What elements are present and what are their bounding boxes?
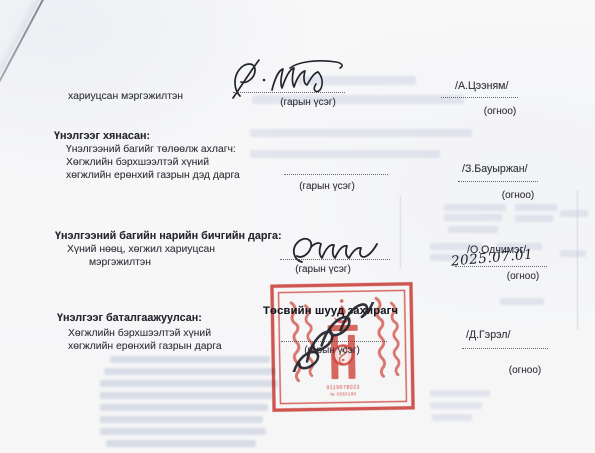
secretary-role-line: мэргэжилтэн xyxy=(89,257,151,268)
approved-heading: Үнэлгээг баталгаажуулсан: xyxy=(57,312,202,324)
scanned-document-page: хариуцсан мэргэжилтэн (гарын үсэг) /А.Цэ… xyxy=(0,0,595,453)
date-caption: (огноо) xyxy=(509,365,542,376)
reviewed-heading: Үнэлгээг хянасан: xyxy=(54,130,150,142)
date-caption: (огноо) xyxy=(507,271,540,282)
bleed-through-text xyxy=(448,226,498,233)
date-caption: (огноо) xyxy=(502,190,535,201)
secretary-signature xyxy=(286,234,386,266)
officer-name: /А.Цээням/ xyxy=(455,80,508,92)
bleed-through-text xyxy=(560,210,588,217)
signature-dotted-line xyxy=(284,174,388,175)
bleed-through-gridline xyxy=(577,190,578,330)
bleed-through-text xyxy=(560,250,586,257)
bleed-through-text xyxy=(430,390,490,397)
approver-signature xyxy=(280,302,390,372)
date-dotted-line xyxy=(441,97,518,98)
signature-dotted-line xyxy=(280,259,390,260)
bleed-through-text xyxy=(106,440,256,447)
bleed-through-text xyxy=(515,204,557,211)
bleed-through-text xyxy=(100,404,268,411)
bleed-through-text xyxy=(104,368,276,375)
stamp-certificate-number: № 0560190 xyxy=(330,391,357,396)
bleed-through-text xyxy=(515,215,553,222)
approved-role-line: хөгжлийн ерөнхий газрын дарга xyxy=(68,341,222,352)
date-caption: (огноо) xyxy=(484,106,517,117)
officer-signature xyxy=(232,56,350,100)
officer-role-label: хариуцсан мэргэжилтэн xyxy=(68,91,183,102)
approved-role-line: Хөгжлийн бэрхшээлтэй хүний xyxy=(68,328,211,339)
bleed-through-text xyxy=(250,129,472,137)
secretary-role-line: Хүний нөөц, хөгжил хариуцсан xyxy=(67,244,215,255)
date-dotted-line xyxy=(458,181,538,182)
bleed-through-text xyxy=(432,414,472,421)
reviewed-role-line: Үнэлгээний багийг төлөөлж ахлагч: xyxy=(66,144,236,155)
bleed-through-text xyxy=(100,416,263,423)
secretary-heading: Үнэлгээний багийн нарийн бичгийн дарга: xyxy=(55,230,282,242)
bleed-through-text xyxy=(100,428,266,435)
approver-name: /Д.Гэрэл/ xyxy=(466,329,510,341)
bleed-through-text xyxy=(100,380,278,387)
bleed-through-text xyxy=(444,214,502,221)
signature-caption: (гарын үсэг) xyxy=(299,181,355,192)
bleed-through-text xyxy=(430,402,482,409)
bleed-through-text xyxy=(500,298,544,305)
reviewed-name: /З.Бауыржан/ xyxy=(462,163,528,175)
reviewed-role-line: хөгжлийн ерөнхий газрын дэд дарга xyxy=(66,170,240,181)
bleed-through-text xyxy=(100,392,272,399)
reviewed-role-line: Хөгжлийн бэрхшээлтэй хүний xyxy=(66,157,209,168)
date-dotted-line xyxy=(462,348,548,349)
bleed-through-gridline xyxy=(400,196,401,268)
bleed-through-text xyxy=(444,204,506,211)
signature-dotted-line xyxy=(233,92,345,93)
signature-caption: (гарын үсэг) xyxy=(295,264,351,275)
signature-caption: (гарын үсэг) xyxy=(280,97,336,108)
bleed-through-text xyxy=(110,356,270,363)
bleed-through-text xyxy=(250,150,440,158)
